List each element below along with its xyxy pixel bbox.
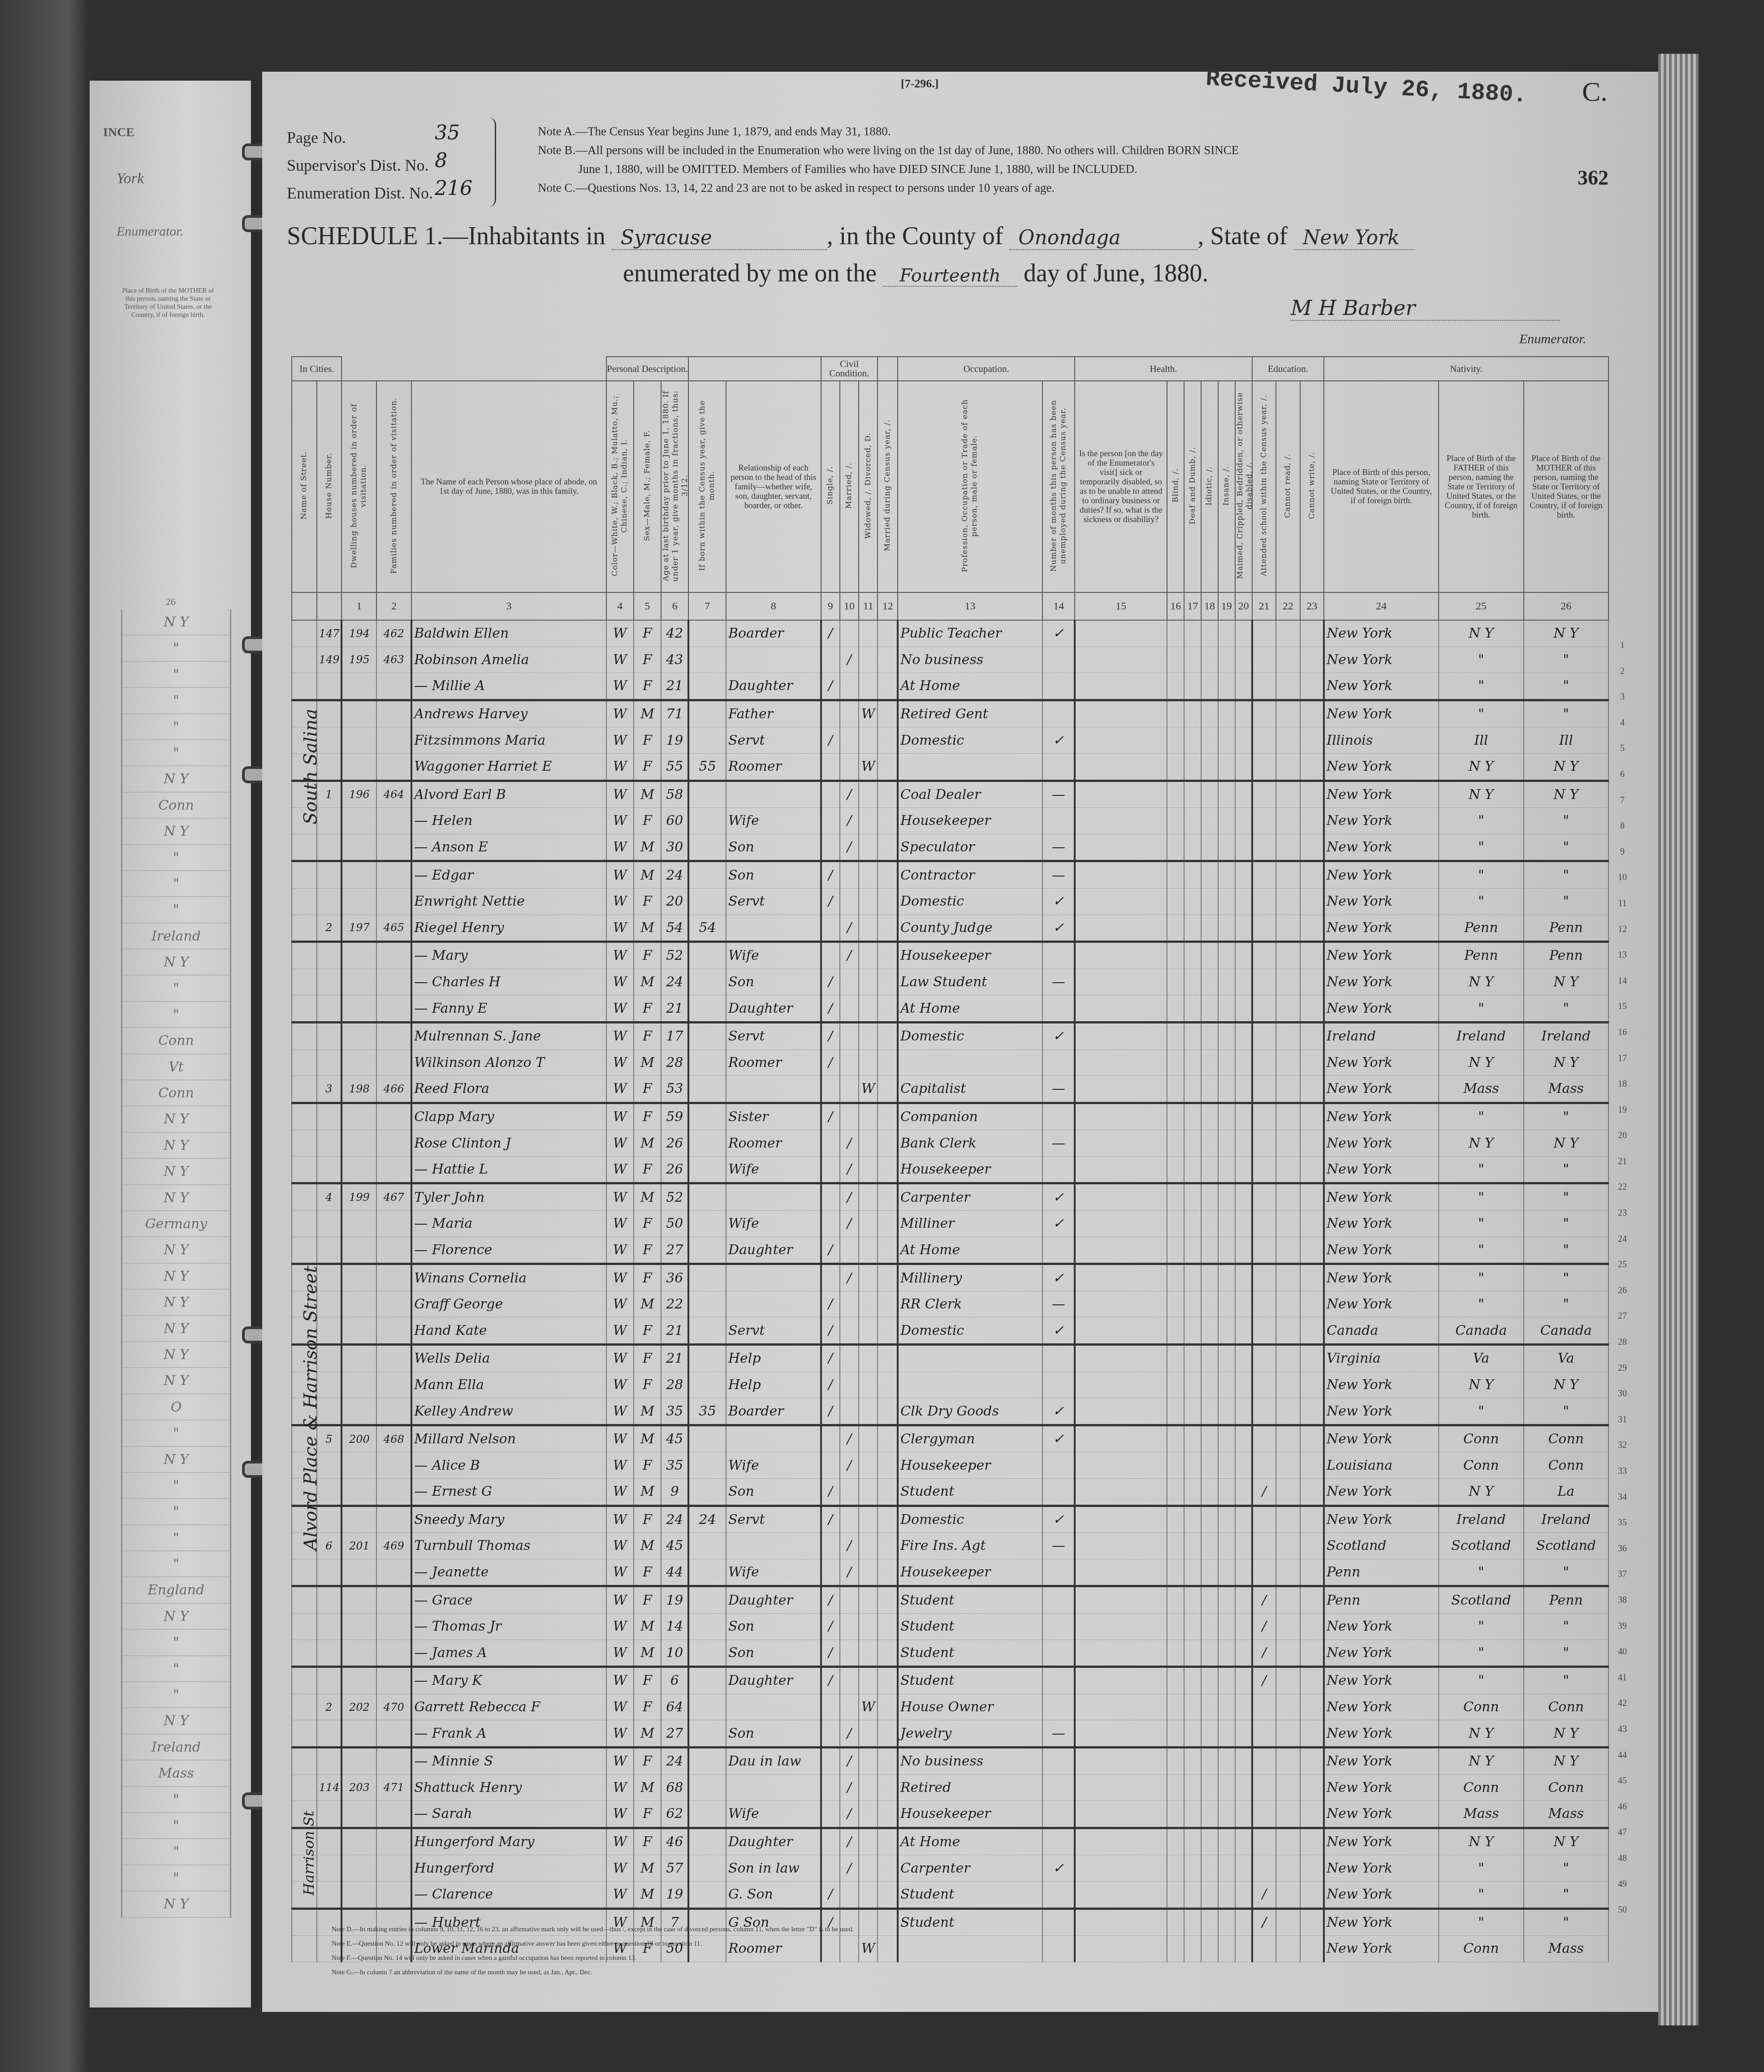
line-number: 5 — [1613, 736, 1631, 762]
occupation: County Judge — [898, 915, 1042, 942]
blind — [1167, 1801, 1184, 1828]
mother-birthplace: Ill — [1524, 727, 1609, 754]
deaf-dumb — [1184, 1828, 1201, 1855]
color: W — [606, 1156, 634, 1183]
father-birthplace: " — [1439, 995, 1523, 1023]
unemployed-months: ✓ — [1042, 620, 1075, 647]
cannot-write — [1300, 781, 1324, 808]
enumeration-day: Fourteenth — [883, 265, 1017, 287]
insane — [1218, 1720, 1235, 1748]
married-mark: / — [840, 781, 859, 808]
color: W — [606, 1103, 634, 1130]
birthplace: New York — [1324, 1103, 1439, 1130]
single-mark: / — [821, 1479, 840, 1506]
sickness — [1075, 1881, 1167, 1908]
family-number: 465 — [376, 915, 411, 942]
sickness — [1075, 942, 1167, 969]
widowed-mark — [859, 620, 878, 647]
birthplace: Penn — [1324, 1559, 1439, 1586]
father-birthplace: N Y — [1439, 753, 1523, 781]
cannot-read — [1276, 1211, 1300, 1237]
blind — [1167, 1828, 1184, 1855]
age: 52 — [661, 1183, 688, 1211]
color: W — [606, 915, 634, 942]
deaf-dumb — [1184, 861, 1201, 889]
father-birthplace: N Y — [1439, 1479, 1523, 1506]
birthplace: New York — [1324, 1130, 1439, 1157]
column-header: If born within the Census year, give the… — [688, 381, 726, 592]
married-in-year — [878, 1211, 898, 1237]
born-month — [688, 781, 726, 808]
column-header: Place of Birth of this person, naming St… — [1324, 381, 1439, 592]
table-row: — Anson EWM30Son/Speculator—New York"" — [292, 834, 1608, 861]
blind — [1167, 1479, 1184, 1506]
previous-page-mother-birthplace: " — [122, 1630, 230, 1656]
street-cell — [292, 888, 317, 915]
sex: M — [634, 1774, 661, 1801]
unemployed-months — [1042, 1345, 1075, 1372]
born-month — [688, 1667, 726, 1694]
cannot-write — [1300, 834, 1324, 861]
column-header-label: Attended school within the Census year, … — [1259, 395, 1269, 576]
street-cell — [292, 1908, 317, 1936]
mother-birthplace: " — [1524, 1398, 1609, 1425]
group-blank — [342, 357, 606, 381]
dwelling-number — [342, 1452, 376, 1479]
previous-page-column-number: 26 — [166, 596, 176, 608]
married-in-year — [878, 781, 898, 808]
attended-school — [1252, 673, 1276, 700]
dwelling-number — [342, 861, 376, 889]
married-in-year — [878, 1613, 898, 1640]
insane — [1218, 1156, 1235, 1183]
idiotic — [1201, 834, 1218, 861]
unemployed-months: — — [1042, 1720, 1075, 1748]
unemployed-months — [1042, 942, 1075, 969]
note-g: Note G.—In column 7 an abbreviation of t… — [332, 1965, 854, 1980]
married-mark: / — [840, 1425, 859, 1452]
widowed-mark — [859, 1855, 878, 1882]
cannot-write — [1300, 1506, 1324, 1533]
column-header-label: Cannot write, /. — [1307, 452, 1317, 519]
age: 68 — [661, 1774, 688, 1801]
blind — [1167, 1613, 1184, 1640]
line-number: 37 — [1613, 1562, 1631, 1588]
insane — [1218, 1049, 1235, 1076]
age: 50 — [661, 1211, 688, 1237]
column-header-label: Age at last birthday prior to June 1, 18… — [661, 387, 690, 584]
birthplace: Louisiana — [1324, 1452, 1439, 1479]
relationship: Daughter — [726, 673, 821, 700]
deaf-dumb — [1184, 1317, 1201, 1345]
color: W — [606, 1720, 634, 1748]
column-header-label: Profession, Occupation or Trade of each … — [960, 387, 979, 584]
table-row: Clapp MaryWF59Sister/CompanionNew York"" — [292, 1103, 1608, 1130]
sex: F — [634, 1156, 661, 1183]
sex: M — [634, 781, 661, 808]
cannot-read — [1276, 1452, 1300, 1479]
father-birthplace: Scotland — [1439, 1586, 1523, 1614]
color: W — [606, 1774, 634, 1801]
column-number: 12 — [878, 592, 898, 620]
occupation: Domestic — [898, 727, 1042, 754]
age: 28 — [661, 1372, 688, 1398]
previous-page-mother-birthplace-column: N Y"""""N YConnN Y"""IrelandN Y""ConnVtC… — [121, 609, 231, 1918]
age: 21 — [661, 1317, 688, 1345]
blind — [1167, 1372, 1184, 1398]
father-birthplace: " — [1439, 1264, 1523, 1291]
married-in-year — [878, 727, 898, 754]
deaf-dumb — [1184, 1747, 1201, 1774]
age: 64 — [661, 1694, 688, 1720]
person-name: Wells Delia — [411, 1345, 606, 1372]
married-in-year — [878, 620, 898, 647]
insane — [1218, 1317, 1235, 1345]
relationship: Son — [726, 861, 821, 889]
line-number: 28 — [1613, 1330, 1631, 1355]
cannot-read — [1276, 753, 1300, 781]
insane — [1218, 1533, 1235, 1559]
unemployed-months: ✓ — [1042, 1183, 1075, 1211]
born-month — [688, 1881, 726, 1908]
unemployed-months: — — [1042, 1533, 1075, 1559]
birthplace: Canada — [1324, 1317, 1439, 1345]
family-number — [376, 1317, 411, 1345]
table-row: — GraceWF19Daughter/Student/PennScotland… — [292, 1586, 1608, 1614]
sickness — [1075, 727, 1167, 754]
married-mark — [840, 1076, 859, 1103]
idiotic — [1201, 1801, 1218, 1828]
widowed-mark — [859, 1291, 878, 1317]
column-number: 25 — [1439, 592, 1523, 620]
married-mark — [840, 620, 859, 647]
widowed-mark — [859, 1211, 878, 1237]
occupation: Milliner — [898, 1211, 1042, 1237]
unemployed-months — [1042, 1452, 1075, 1479]
column-number: 18 — [1201, 592, 1218, 620]
born-month — [688, 1828, 726, 1855]
age: 10 — [661, 1640, 688, 1667]
cannot-write — [1300, 1398, 1324, 1425]
idiotic — [1201, 942, 1218, 969]
sickness — [1075, 1156, 1167, 1183]
person-name: — Grace — [411, 1586, 606, 1614]
cannot-write — [1300, 1747, 1324, 1774]
occupation: Retired Gent — [898, 700, 1042, 727]
single-mark — [821, 1425, 840, 1452]
house-number — [317, 1801, 342, 1828]
deaf-dumb — [1184, 1694, 1201, 1720]
dwelling-number — [342, 1479, 376, 1506]
unemployed-months — [1042, 1936, 1075, 1962]
table-row: — Thomas JrWM14Son/Student/New York"" — [292, 1613, 1608, 1640]
deaf-dumb — [1184, 1801, 1201, 1828]
widowed-mark — [859, 1640, 878, 1667]
dwelling-number: 195 — [342, 647, 376, 673]
line-number: 11 — [1613, 891, 1631, 917]
born-month — [688, 1156, 726, 1183]
sickness — [1075, 1076, 1167, 1103]
insane — [1218, 1828, 1235, 1855]
single-mark — [821, 1076, 840, 1103]
married-in-year — [878, 1908, 898, 1936]
street-cell — [292, 861, 317, 889]
unemployed-months — [1042, 1586, 1075, 1614]
table-row: Winans CorneliaWF36/Millinery✓New York"" — [292, 1264, 1608, 1291]
father-birthplace: Scotland — [1439, 1533, 1523, 1559]
group-personal: Personal Description. — [606, 357, 689, 381]
house-number: 2 — [317, 1694, 342, 1720]
born-month — [688, 1317, 726, 1345]
street-cell — [292, 834, 317, 861]
relationship: Sister — [726, 1103, 821, 1130]
relationship — [726, 1291, 821, 1317]
cannot-write — [1300, 1345, 1324, 1372]
married-mark — [840, 1317, 859, 1345]
previous-page-mother-birthplace: N Y — [122, 1604, 230, 1630]
born-month — [688, 1022, 726, 1049]
color: W — [606, 1264, 634, 1291]
table-row: — Alice BWF35Wife/HousekeeperLouisianaCo… — [292, 1452, 1608, 1479]
disabled — [1235, 1936, 1252, 1962]
color: W — [606, 1747, 634, 1774]
blind — [1167, 1049, 1184, 1076]
father-birthplace: N Y — [1439, 969, 1523, 995]
born-month — [688, 861, 726, 889]
idiotic — [1201, 1667, 1218, 1694]
cannot-read — [1276, 781, 1300, 808]
born-month — [688, 1479, 726, 1506]
cannot-write — [1300, 1022, 1324, 1049]
attended-school — [1252, 995, 1276, 1023]
father-birthplace: Va — [1439, 1345, 1523, 1372]
blind — [1167, 1183, 1184, 1211]
supervisor-dist-label: Supervisor's Dist. No. — [287, 156, 429, 175]
family-number — [376, 834, 411, 861]
occupation: Student — [898, 1586, 1042, 1614]
cannot-read — [1276, 1881, 1300, 1908]
widowed-mark — [859, 1372, 878, 1398]
single-mark: / — [821, 1881, 840, 1908]
married-mark — [840, 1022, 859, 1049]
married-in-year — [878, 1049, 898, 1076]
blind — [1167, 781, 1184, 808]
sex: M — [634, 1855, 661, 1882]
married-mark: / — [840, 942, 859, 969]
birthplace: New York — [1324, 888, 1439, 915]
schedule-prefix: SCHEDULE 1.—Inhabitants in — [287, 222, 605, 250]
sex: M — [634, 1183, 661, 1211]
unemployed-months — [1042, 673, 1075, 700]
sickness — [1075, 700, 1167, 727]
person-name: Turnbull Thomas — [411, 1533, 606, 1559]
family-number — [376, 727, 411, 754]
age: 30 — [661, 834, 688, 861]
line-number: 26 — [1613, 1278, 1631, 1304]
line-number: 24 — [1613, 1226, 1631, 1252]
blind — [1167, 1506, 1184, 1533]
table-row: — Fanny EWF21Daughter/At HomeNew York"" — [292, 995, 1608, 1023]
unemployed-months — [1042, 1613, 1075, 1640]
relationship: Wife — [726, 1452, 821, 1479]
table-row: Kelley AndrewWM3535Boarder/Clk Dry Goods… — [292, 1398, 1608, 1425]
age: 53 — [661, 1076, 688, 1103]
birthplace: New York — [1324, 1774, 1439, 1801]
married-in-year — [878, 1694, 898, 1720]
dwelling-number: 198 — [342, 1076, 376, 1103]
father-birthplace: " — [1439, 1291, 1523, 1317]
insane — [1218, 647, 1235, 673]
born-month — [688, 1720, 726, 1748]
cannot-write — [1300, 1613, 1324, 1640]
father-birthplace: " — [1439, 1398, 1523, 1425]
line-number: 30 — [1613, 1381, 1631, 1407]
sickness — [1075, 1103, 1167, 1130]
column-header: Name of Street. — [292, 381, 317, 592]
father-birthplace: N Y — [1439, 1828, 1523, 1855]
relationship: Servt — [726, 1317, 821, 1345]
born-month — [688, 1264, 726, 1291]
age: 36 — [661, 1264, 688, 1291]
born-month — [688, 1559, 726, 1586]
single-mark: / — [821, 1291, 840, 1317]
blind — [1167, 1586, 1184, 1614]
house-number — [317, 1747, 342, 1774]
sex: F — [634, 1559, 661, 1586]
person-name: Tyler John — [411, 1183, 606, 1211]
attended-school: / — [1252, 1640, 1276, 1667]
insane — [1218, 1130, 1235, 1157]
married-in-year — [878, 1533, 898, 1559]
note-a: Note A.—The Census Year begins June 1, 1… — [538, 122, 1239, 141]
idiotic — [1201, 1317, 1218, 1345]
married-mark: / — [840, 1559, 859, 1586]
born-month — [688, 1049, 726, 1076]
mother-birthplace: " — [1524, 1183, 1609, 1211]
family-number — [376, 995, 411, 1023]
sickness — [1075, 1049, 1167, 1076]
mother-birthplace: N Y — [1524, 620, 1609, 647]
house-number — [317, 834, 342, 861]
married-mark: / — [840, 1747, 859, 1774]
column-header-label: Place of Birth of this person, naming St… — [1324, 468, 1438, 505]
column-number: 8 — [726, 592, 821, 620]
previous-page-mother-birthplace: N Y — [122, 1290, 230, 1316]
previous-page-mother-birthplace: " — [122, 740, 230, 766]
occupation: Speculator — [898, 834, 1042, 861]
column-header-label: Color—White, W.; Black, B.; Mulatto, Mu.… — [610, 387, 629, 584]
page-no-value: 35 — [435, 121, 460, 144]
born-month — [688, 1747, 726, 1774]
married-mark: / — [840, 1720, 859, 1748]
cannot-write — [1300, 700, 1324, 727]
birthplace: New York — [1324, 647, 1439, 673]
single-mark — [821, 1774, 840, 1801]
line-number: 35 — [1613, 1510, 1631, 1536]
single-mark — [821, 647, 840, 673]
unemployed-months: — — [1042, 969, 1075, 995]
single-mark — [821, 1264, 840, 1291]
married-in-year — [878, 1452, 898, 1479]
previous-page-mother-birthplace: N Y — [122, 1342, 230, 1368]
mother-birthplace: " — [1524, 888, 1609, 915]
birthplace: New York — [1324, 808, 1439, 834]
sex: F — [634, 1264, 661, 1291]
blind — [1167, 1022, 1184, 1049]
previous-page-mother-birthplace: N Y — [122, 1891, 230, 1917]
person-name: — Anson E — [411, 834, 606, 861]
widowed-mark — [859, 834, 878, 861]
family-number — [376, 1372, 411, 1398]
birthplace: New York — [1324, 1881, 1439, 1908]
table-row: — Mary KWF6Daughter/Student/New York"" — [292, 1667, 1608, 1694]
disabled — [1235, 1828, 1252, 1855]
sickness — [1075, 753, 1167, 781]
idiotic — [1201, 1774, 1218, 1801]
father-birthplace: Ill — [1439, 727, 1523, 754]
dwelling-number — [342, 969, 376, 995]
disabled — [1235, 861, 1252, 889]
street-cell — [292, 1936, 317, 1962]
relationship — [726, 915, 821, 942]
column-number: 9 — [821, 592, 840, 620]
mother-birthplace: " — [1524, 1855, 1609, 1882]
column-header: Attended school within the Census year, … — [1252, 381, 1276, 592]
married-mark — [840, 1667, 859, 1694]
widowed-mark — [859, 1398, 878, 1425]
previous-page-mother-birthplace: N Y — [122, 1185, 230, 1211]
attended-school — [1252, 861, 1276, 889]
age: 26 — [661, 1156, 688, 1183]
married-in-year — [878, 995, 898, 1023]
deaf-dumb — [1184, 1774, 1201, 1801]
person-name: Clapp Mary — [411, 1103, 606, 1130]
deaf-dumb — [1184, 1264, 1201, 1291]
insane — [1218, 1506, 1235, 1533]
married-mark — [840, 1640, 859, 1667]
previous-page-mother-birthplace: " — [122, 688, 230, 714]
relationship: Dau in law — [726, 1747, 821, 1774]
single-mark: / — [821, 1022, 840, 1049]
married-in-year — [878, 969, 898, 995]
age: 21 — [661, 995, 688, 1023]
cannot-read — [1276, 1398, 1300, 1425]
attended-school — [1252, 1345, 1276, 1372]
column-header-label: Is the person [on the day of the Enumera… — [1075, 449, 1167, 524]
color: W — [606, 969, 634, 995]
father-birthplace: N Y — [1439, 1720, 1523, 1748]
unemployed-months — [1042, 1479, 1075, 1506]
deaf-dumb — [1184, 1452, 1201, 1479]
unemployed-months — [1042, 647, 1075, 673]
instruction-notes: Note A.—The Census Year begins June 1, 1… — [538, 122, 1239, 197]
column-header: Idiotic, /. — [1201, 381, 1218, 592]
cannot-write — [1300, 995, 1324, 1023]
born-month — [688, 1613, 726, 1640]
person-name: Andrews Harvey — [411, 700, 606, 727]
column-number: 16 — [1167, 592, 1184, 620]
insane — [1218, 1774, 1235, 1801]
mother-birthplace: Penn — [1524, 1586, 1609, 1614]
previous-page-mother-birthplace: " — [122, 635, 230, 661]
married-in-year — [878, 942, 898, 969]
father-birthplace: " — [1439, 1613, 1523, 1640]
cannot-write — [1300, 1183, 1324, 1211]
married-mark: / — [840, 647, 859, 673]
cannot-read — [1276, 1291, 1300, 1317]
cannot-read — [1276, 1425, 1300, 1452]
attended-school: / — [1252, 1613, 1276, 1640]
